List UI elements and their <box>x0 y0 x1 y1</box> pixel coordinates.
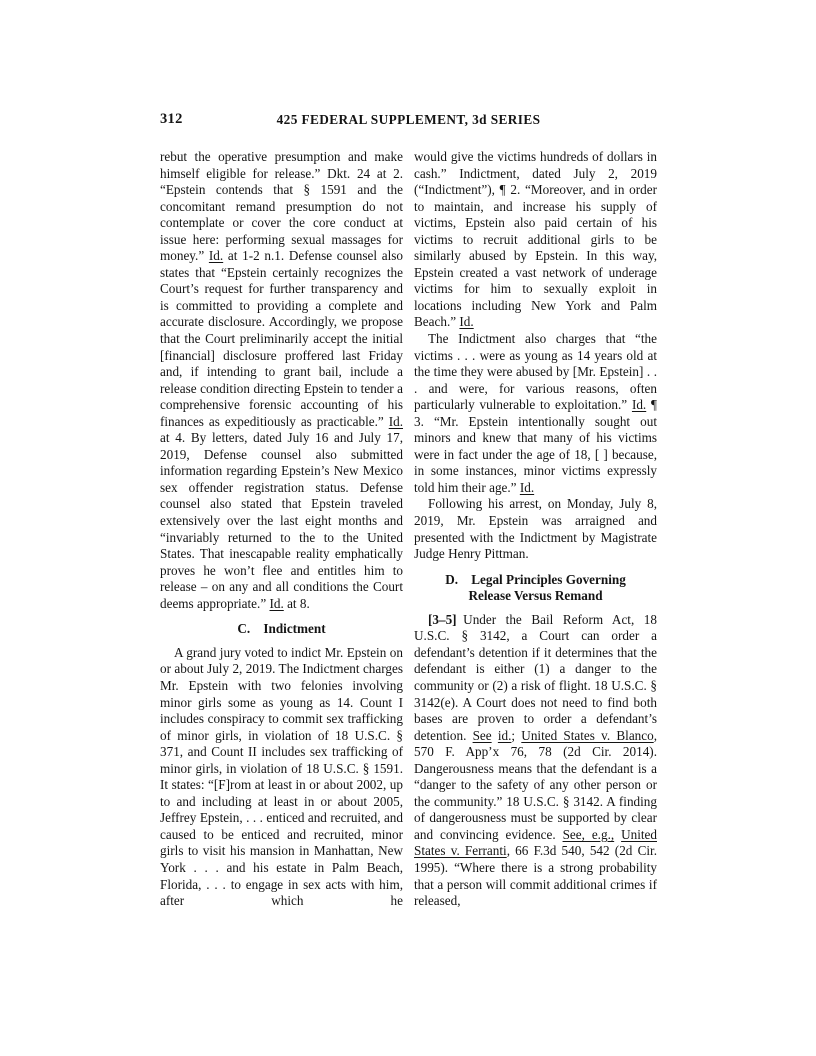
citation: Id. <box>632 397 646 412</box>
citation: Id. <box>459 314 473 329</box>
paragraph: A grand jury voted to indict Mr. Epstein… <box>160 645 403 910</box>
section-heading-line: C. Indictment <box>160 621 403 638</box>
page-header: 312 425 FEDERAL SUPPLEMENT, 3d SERIES <box>160 111 657 131</box>
citation: See, e.g., <box>563 827 615 842</box>
headnote-ref: [3–5] <box>428 612 457 627</box>
text-run: at 8. <box>284 596 310 611</box>
section-heading: D. Legal Principles GoverningRelease Ver… <box>414 572 657 605</box>
citation: Id. <box>520 480 534 495</box>
text-run: at 1-2 n.1. Defense counsel also states … <box>160 248 403 428</box>
citation: id. <box>498 728 512 743</box>
reporter-page: 312 425 FEDERAL SUPPLEMENT, 3d SERIES re… <box>0 0 816 1056</box>
left-column: rebut the operative presumption and make… <box>160 149 403 949</box>
paragraph: would give the victims hundreds of dolla… <box>414 149 657 331</box>
citation: United States v. Blanco <box>521 728 653 743</box>
text-run: at 4. By letters, dated July 16 and July… <box>160 430 403 610</box>
text-columns: rebut the operative presumption and make… <box>160 149 657 949</box>
paragraph: The Indictment also charges that “the vi… <box>414 331 657 496</box>
text-run: A grand jury voted to indict Mr. Epstein… <box>160 645 403 908</box>
section-heading-line: D. Legal Principles Governing <box>414 572 657 589</box>
paragraph: Following his arrest, on Monday, July 8,… <box>414 496 657 562</box>
section-heading-line: Release Versus Remand <box>414 588 657 605</box>
right-column: would give the victims hundreds of dolla… <box>414 149 657 949</box>
text-run: ; <box>511 728 521 743</box>
citation: See <box>473 728 492 743</box>
running-head: 425 FEDERAL SUPPLEMENT, 3d SERIES <box>160 112 657 128</box>
citation: Id. <box>269 596 283 611</box>
text-run: rebut the operative presumption and make… <box>160 149 403 263</box>
section-heading: C. Indictment <box>160 621 403 638</box>
paragraph: [3–5] Under the Bail Reform Act, 18 U.S.… <box>414 612 657 910</box>
citation: Id. <box>389 414 403 429</box>
citation: Id. <box>209 248 223 263</box>
text-run: would give the victims hundreds of dolla… <box>414 149 657 329</box>
text-run: , 570 F. App’x 76, 78 (2d Cir. 2014). Da… <box>414 728 657 842</box>
text-run: The Indictment also charges that “the vi… <box>414 331 657 412</box>
paragraph: rebut the operative presumption and make… <box>160 149 403 612</box>
text-run: Following his arrest, on Monday, July 8,… <box>414 496 657 561</box>
text-run: Under the Bail Reform Act, 18 U.S.C. § 3… <box>414 612 657 743</box>
